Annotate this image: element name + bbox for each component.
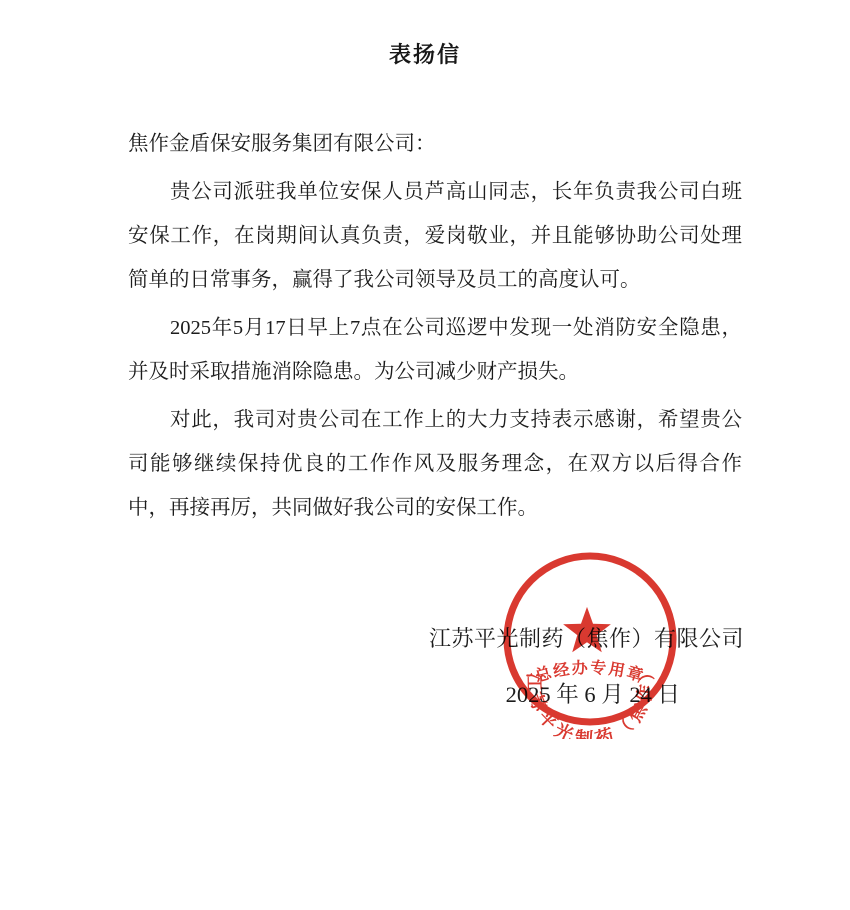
paragraph-3: 对此，我司对贵公司在工作上的大力支持表示感谢，希望贵公司能够继续保持优良的工作作… bbox=[128, 398, 742, 530]
signature-company-name: 江苏平光制药（焦作）有限公司 bbox=[0, 617, 850, 661]
paragraph-2: 2025年5月17日早上7点在公司巡逻中发现一处消防安全隐患，并及时采取措施消除… bbox=[128, 306, 742, 394]
letter-body: 焦作金盾保安服务集团有限公司： 贵公司派驻我单位安保人员芦高山同志，长年负责我公… bbox=[0, 122, 850, 530]
signature-date: 2025 年 6 月 24 日 bbox=[0, 673, 850, 717]
letter-title: 表扬信 bbox=[0, 40, 850, 70]
letter-document: 表扬信 焦作金盾保安服务集团有限公司： 贵公司派驻我单位安保人员芦高山同志，长年… bbox=[0, 0, 850, 910]
paragraph-1: 贵公司派驻我单位安保人员芦高山同志，长年负责我公司白班安保工作，在岗期间认真负责… bbox=[128, 170, 742, 302]
salutation: 焦作金盾保安服务集团有限公司： bbox=[128, 122, 742, 166]
